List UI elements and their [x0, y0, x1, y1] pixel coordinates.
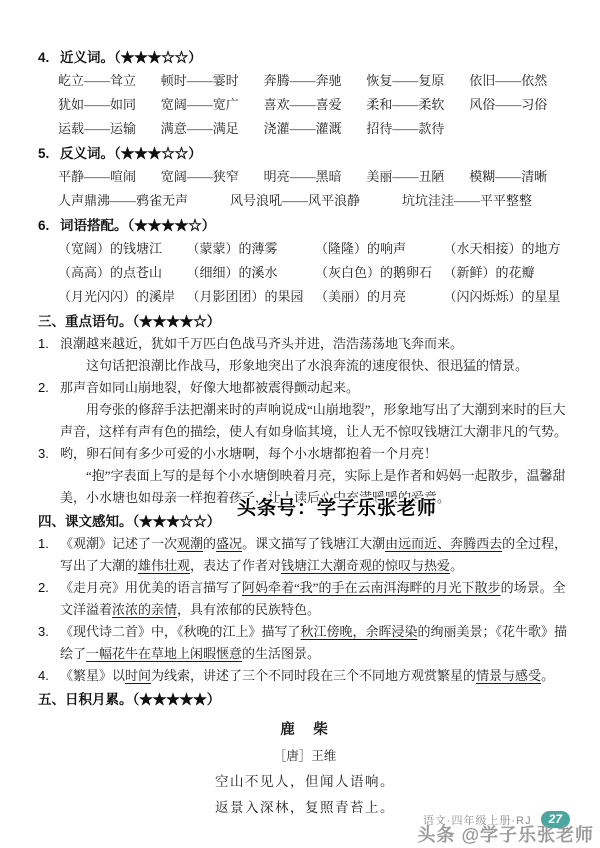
underlined-segment: 钱塘江大潮奇观的惊叹与热爱: [281, 558, 450, 573]
comprehension-item: 2. 《走月亮》用优美的语言描写了阿妈牵着“我”的手在云南洱海畔的月光下散步的场…: [38, 577, 572, 621]
sentence-explanation: 这句话把浪潮比作战马，形象地突出了水浪奔流的速度很快、很迅猛的情景。: [60, 355, 572, 377]
text-segment: ，表达了作者对: [190, 558, 281, 573]
item-number: 1.: [38, 333, 60, 377]
word-pair: 风号浪吼——风平浪静: [230, 189, 360, 213]
antonym-rows: 平静——喧闹 宽阔——狭窄 明亮——黑暗 美丽——丑陋 模糊——清晰 人声鼎沸—…: [58, 165, 572, 213]
underlined-segment: 雄伟壮观: [138, 558, 190, 573]
quoted-sentence: 哟，卵石间有多少可爱的小水塘啊，每个小水塘都抱着一个月亮！: [60, 443, 572, 465]
section-antonyms: 5.反义词。（★★★☆☆） 平静——喧闹 宽阔——狭窄 明亮——黑暗 美丽——丑…: [38, 142, 572, 213]
word-pair: 风俗——习俗: [469, 93, 572, 117]
collocation-phrase: （隆隆）的响声: [315, 237, 444, 261]
section-accumulation-heading: 五、日积月累。（★★★★★）: [38, 688, 572, 711]
synonym-row: 屹立——耸立 顿时——霎时 奔腾——奔驰 恢复——复原 依旧——依然: [58, 69, 572, 93]
quoted-sentence: 浪潮越来越近，犹如千万匹白色战马齐头并进，浩浩荡荡地飞奔而来。: [60, 333, 572, 355]
text-segment: 《繁星》以: [60, 668, 125, 683]
text-segment: 。: [541, 668, 554, 683]
section-comprehension: 四、课文感知。（★★★☆☆） 1. 《观潮》记述了一次观潮的盛况。课文描写了钱塘…: [38, 510, 572, 687]
difficulty-stars: （★★★☆☆）: [114, 146, 202, 161]
word-pair: 明亮——黑暗: [264, 165, 367, 189]
word-pair: 屹立——耸立: [58, 69, 161, 93]
page-content: 4.近义词。（★★★☆☆） 屹立——耸立 顿时——霎时 奔腾——奔驰 恢复——复…: [0, 0, 600, 822]
comprehension-text: 《走月亮》用优美的语言描写了阿妈牵着“我”的手在云南洱海畔的月光下散步的场景。全…: [60, 577, 572, 621]
collocation-row: （高高）的点苍山 （细细）的溪水 （灰白色）的鹅卵石 （新鲜）的花瓣: [58, 261, 572, 285]
word-pair: 依旧——依然: [469, 69, 572, 93]
text-segment: 的生活图景。: [242, 646, 320, 661]
underlined-segment: 秋江傍晚，余晖浸染: [301, 624, 418, 639]
word-pair: 平静——喧闹: [58, 165, 161, 189]
word-pair: 顿时——霎时: [161, 69, 264, 93]
text-segment: 为线索，讲述了三个不同时段在三个不同地方观赏繁星的: [151, 668, 476, 683]
word-pair: 满意——满足: [161, 117, 264, 141]
underlined-segment: 一幅花牛在草地上闲暇惬意: [86, 646, 242, 661]
poem-author: ［唐］王维: [38, 744, 572, 769]
section-number: 6.: [38, 214, 60, 237]
collocation-phrase: （闪闪烁烁）的星星: [444, 285, 573, 309]
section-key-sentences-heading: 三、重点语句。（★★★★☆）: [38, 310, 572, 333]
comprehension-item: 1. 《观潮》记述了一次观潮的盛况。课文描写了钱塘江大潮由远而近、奔腾西去的全过…: [38, 533, 572, 577]
text-segment: 。课文描写了钱塘江大潮: [242, 536, 385, 551]
sentence-explanation: 用夸张的修辞手法把潮来时的声响说成“山崩地裂”，形象地写出了大潮到来时的巨大声音…: [60, 399, 572, 443]
difficulty-stars: （★★★☆☆）: [133, 514, 221, 529]
text-segment: 《现代诗二首》中，《秋晚的江上》描写了: [60, 624, 301, 639]
center-watermark: 头条号：学子乐张老师: [237, 493, 437, 520]
comprehension-item: 4. 《繁星》以时间为线索，讲述了三个不同时段在三个不同地方观赏繁星的情景与感受…: [38, 665, 572, 687]
item-number: 4.: [38, 665, 60, 687]
section-number: 三、: [38, 314, 65, 329]
synonym-row: 运载——运输 满意——满足 浇灌——灌溉 招待——款待: [58, 117, 572, 141]
section-synonyms-heading: 4.近义词。（★★★☆☆）: [38, 46, 572, 69]
text-segment: 。: [450, 558, 463, 573]
section-collocations-heading: 6.词语搭配。（★★★★☆）: [38, 214, 572, 237]
poem-title: 鹿 柴: [38, 716, 572, 744]
quoted-sentence: 那声音如同山崩地裂，好像大地都被震得颤动起来。: [60, 377, 572, 399]
antonym-row: 平静——喧闹 宽阔——狭窄 明亮——黑暗 美丽——丑陋 模糊——清晰: [58, 165, 572, 189]
item-number: 3.: [38, 621, 60, 665]
item-body: 浪潮越来越近，犹如千万匹白色战马齐头并进，浩浩荡荡地飞奔而来。 这句话把浪潮比作…: [60, 333, 572, 377]
section-number: 四、: [38, 514, 65, 529]
item-number: 2.: [38, 377, 60, 443]
item-number: 1.: [38, 533, 60, 577]
item-number: 2.: [38, 577, 60, 621]
comprehension-text: 《观潮》记述了一次观潮的盛况。课文描写了钱塘江大潮由远而近、奔腾西去的全过程，写…: [60, 533, 572, 577]
section-accumulation: 五、日积月累。（★★★★★） 鹿 柴 ［唐］王维 空山不见人，但闻人语响。 返景…: [38, 688, 572, 821]
section-number: 4.: [38, 46, 60, 69]
word-pair: 美丽——丑陋: [366, 165, 469, 189]
collocation-phrase: （细细）的溪水: [187, 261, 316, 285]
section-title: 反义词。: [60, 146, 114, 161]
word-pair: 犹如——如同: [58, 93, 161, 117]
word-pair: 浇灌——灌溉: [264, 117, 367, 141]
underlined-segment: 时间: [125, 668, 151, 683]
difficulty-stars: （★★★★☆）: [133, 314, 221, 329]
word-pair: 喜欢——喜爱: [264, 93, 367, 117]
collocation-phrase: （美丽）的月亮: [315, 285, 444, 309]
section-antonyms-heading: 5.反义词。（★★★☆☆）: [38, 142, 572, 165]
collocation-row: （月光闪闪）的溪岸 （月影团团）的果园 （美丽）的月亮 （闪闪烁烁）的星星: [58, 285, 572, 309]
section-title: 词语搭配。: [60, 218, 128, 233]
collocation-row: （宽阔）的钱塘江 （蒙蒙）的薄雾 （隆隆）的响声 （水天相接）的地方: [58, 237, 572, 261]
item-number: 3.: [38, 443, 60, 509]
section-title: 近义词。: [60, 50, 114, 65]
underlined-segment: 由远而近、奔腾西去: [385, 536, 502, 551]
section-number: 五、: [38, 692, 65, 707]
word-pair: 坑坑洼洼——平平整整: [402, 189, 532, 213]
antonym-row: 人声鼎沸——鸦雀无声 风号浪吼——风平浪静 坑坑洼洼——平平整整: [58, 189, 572, 213]
difficulty-stars: （★★★★☆）: [128, 218, 216, 233]
underlined-segment: 盛况: [216, 536, 242, 551]
word-pair: 运载——运输: [58, 117, 161, 141]
underlined-segment: 观潮: [177, 536, 203, 551]
key-sentence-item: 2. 那声音如同山崩地裂，好像大地都被震得颤动起来。 用夸张的修辞手法把潮来时的…: [38, 377, 572, 443]
section-title: 重点语句。: [65, 314, 133, 329]
text-segment: 《观潮》记述了一次: [60, 536, 177, 551]
comprehension-item: 3. 《现代诗二首》中，《秋晚的江上》描写了秋江傍晚，余晖浸染的绚丽美景；《花牛…: [38, 621, 572, 665]
underlined-segment: 阿妈牵着“我”的手在云南洱海畔的月光下散步: [242, 580, 501, 595]
underlined-segment: 浓浓的亲情: [112, 602, 177, 617]
collocation-phrase: （新鲜）的花瓣: [444, 261, 573, 285]
underlined-segment: 情景与感受: [476, 668, 541, 683]
difficulty-stars: （★★★★★）: [133, 692, 221, 707]
word-pair: 奔腾——奔驰: [264, 69, 367, 93]
text-segment: ，具有浓郁的民族特色。: [177, 602, 320, 617]
collocation-phrase: （月光闪闪）的溪岸: [58, 285, 187, 309]
poem: 鹿 柴 ［唐］王维 空山不见人，但闻人语响。 返景入深林，复照青苔上。: [38, 716, 572, 821]
section-title: 课文感知。: [65, 514, 133, 529]
comprehension-text: 《繁星》以时间为线索，讲述了三个不同时段在三个不同地方观赏繁星的情景与感受。: [60, 665, 572, 687]
section-number: 5.: [38, 142, 60, 165]
word-pair: 宽阔——狭窄: [161, 165, 264, 189]
section-collocations: 6.词语搭配。（★★★★☆） （宽阔）的钱塘江 （蒙蒙）的薄雾 （隆隆）的响声 …: [38, 214, 572, 309]
collocation-phrase: （水天相接）的地方: [444, 237, 573, 261]
text-segment: 《走月亮》用优美的语言描写了: [60, 580, 242, 595]
item-body: 那声音如同山崩地裂，好像大地都被震得颤动起来。 用夸张的修辞手法把潮来时的声响说…: [60, 377, 572, 443]
collocation-rows: （宽阔）的钱塘江 （蒙蒙）的薄雾 （隆隆）的响声 （水天相接）的地方 （高高）的…: [58, 237, 572, 309]
section-title: 日积月累。: [65, 692, 133, 707]
word-pair: 柔和——柔软: [366, 93, 469, 117]
collocation-phrase: （蒙蒙）的薄雾: [187, 237, 316, 261]
synonym-rows: 屹立——耸立 顿时——霎时 奔腾——奔驰 恢复——复原 依旧——依然 犹如——如…: [58, 69, 572, 141]
bottom-watermark: 头条 @学子乐张老师: [417, 821, 594, 847]
word-pair: 招待——款待: [366, 117, 469, 141]
word-pair: 宽阔——宽广: [161, 93, 264, 117]
comprehension-text: 《现代诗二首》中，《秋晚的江上》描写了秋江傍晚，余晖浸染的绚丽美景；《花牛歌》描…: [60, 621, 572, 665]
collocation-phrase: （宽阔）的钱塘江: [58, 237, 187, 261]
collocation-phrase: （灰白色）的鹅卵石: [315, 261, 444, 285]
poem-line: 空山不见人，但闻人语响。: [38, 769, 572, 795]
key-sentence-item: 1. 浪潮越来越近，犹如千万匹白色战马齐头并进，浩浩荡荡地飞奔而来。 这句话把浪…: [38, 333, 572, 377]
collocation-phrase: （月影团团）的果园: [187, 285, 316, 309]
collocation-phrase: （高高）的点苍山: [58, 261, 187, 285]
difficulty-stars: （★★★☆☆）: [114, 50, 202, 65]
section-synonyms: 4.近义词。（★★★☆☆） 屹立——耸立 顿时——霎时 奔腾——奔驰 恢复——复…: [38, 46, 572, 141]
word-pair: 人声鼎沸——鸦雀无声: [58, 189, 188, 213]
section-key-sentences: 三、重点语句。（★★★★☆） 1. 浪潮越来越近，犹如千万匹白色战马齐头并进，浩…: [38, 310, 572, 509]
synonym-row: 犹如——如同 宽阔——宽广 喜欢——喜爱 柔和——柔软 风俗——习俗: [58, 93, 572, 117]
word-pair: 模糊——清晰: [469, 165, 572, 189]
word-pair: 恢复——复原: [366, 69, 469, 93]
worksheet-page: 4.近义词。（★★★☆☆） 屹立——耸立 顿时——霎时 奔腾——奔驰 恢复——复…: [0, 0, 600, 848]
text-segment: 的: [203, 536, 216, 551]
